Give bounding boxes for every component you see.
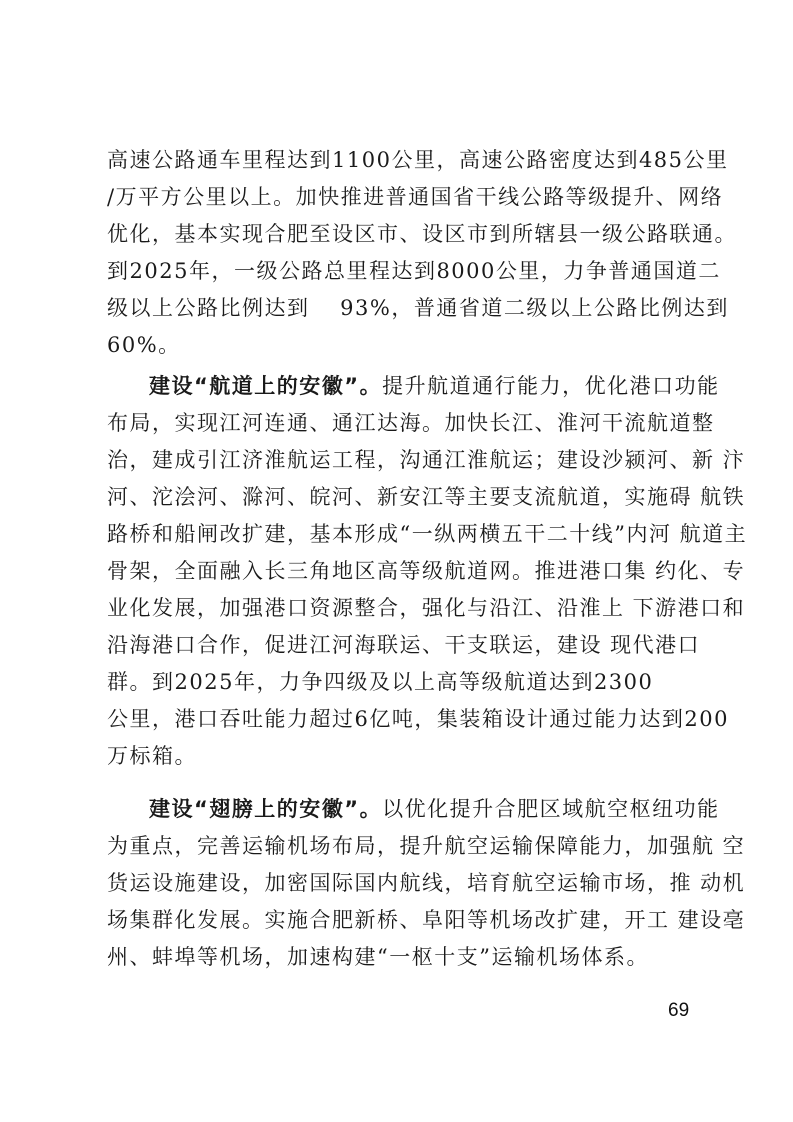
text-line: 60%。 — [107, 331, 689, 359]
text-line: 高速公路通车里程达到1100公里，高速公路密度达到485公里 — [107, 146, 689, 174]
text-line: 优化，基本实现合肥至设区市、设区市到所辖县一级公路联通。 — [107, 220, 689, 248]
text-line: 骨架，全面融入长三角地区高等级航道网。推进港口集 约化、专 — [107, 557, 689, 585]
text-line: 河、沱浍河、滁河、皖河、新安江等主要支流航道，实施碍 航铁 — [107, 483, 689, 511]
text-span: 以优化提升合肥区域航空枢纽功能 — [382, 797, 720, 821]
section-heading: 建设“翅膀上的安徽”。 — [149, 797, 382, 821]
document-page: 高速公路通车里程达到1100公里，高速公路密度达到485公里 /万平方公里以上。… — [0, 0, 793, 1122]
text-line: 万标箱。 — [107, 742, 689, 770]
text-line: 沿海港口合作，促进江河海联运、干支联运，建设 现代港口 — [107, 631, 689, 659]
paragraph-first-line: 建设“航道上的安徽”。提升航道通行能力，优化港口功能 — [149, 372, 689, 400]
text-line: /万平方公里以上。加快推进普通国省干线公路等级提升、网络 — [107, 183, 689, 211]
text-line: 为重点，完善运输机场布局，提升航空运输保障能力，加强航 空 — [107, 832, 689, 860]
text-line: 公里，港口吞吐能力超过6亿吨，集装箱设计通过能力达到200 — [107, 705, 689, 733]
text-line: 业化发展，加强港口资源整合，强化与沿江、沿淮上 下游港口和 — [107, 594, 689, 622]
text-line: 级以上公路比例达到 93%，普通省道二级以上公路比例达到 — [107, 294, 689, 322]
text-line: 州、蚌埠等机场，加速构建“一枢十支”运输机场体系。 — [107, 943, 689, 971]
text-line: 货运设施建设，加密国际国内航线，培育航空运输市场，推 动机 — [107, 869, 689, 897]
text-span: 提升航道通行能力，优化港口功能 — [382, 374, 720, 398]
text-line: 布局，实现江河连通、通江达海。加快长江、淮河干流航道整 — [107, 409, 689, 437]
text-line: 治，建成引江济淮航运工程，沟通江淮航运；建设沙颍河、新 汴 — [107, 446, 689, 474]
text-line: 群。到2025年，力争四级及以上高等级航道达到2300 — [107, 668, 689, 696]
section-heading: 建设“航道上的安徽”。 — [149, 374, 382, 398]
page-number: 69 — [668, 1000, 689, 1022]
paragraph-first-line: 建设“翅膀上的安徽”。以优化提升合肥区域航空枢纽功能 — [149, 795, 689, 823]
text-line: 场集群化发展。实施合肥新桥、阜阳等机场改扩建，开工 建设亳 — [107, 906, 689, 934]
text-line: 路桥和船闸改扩建，基本形成“一纵两横五干二十线”内河 航道主 — [107, 520, 689, 548]
text-line: 到2025年，一级公路总里程达到8000公里，力争普通国道二 — [107, 257, 689, 285]
